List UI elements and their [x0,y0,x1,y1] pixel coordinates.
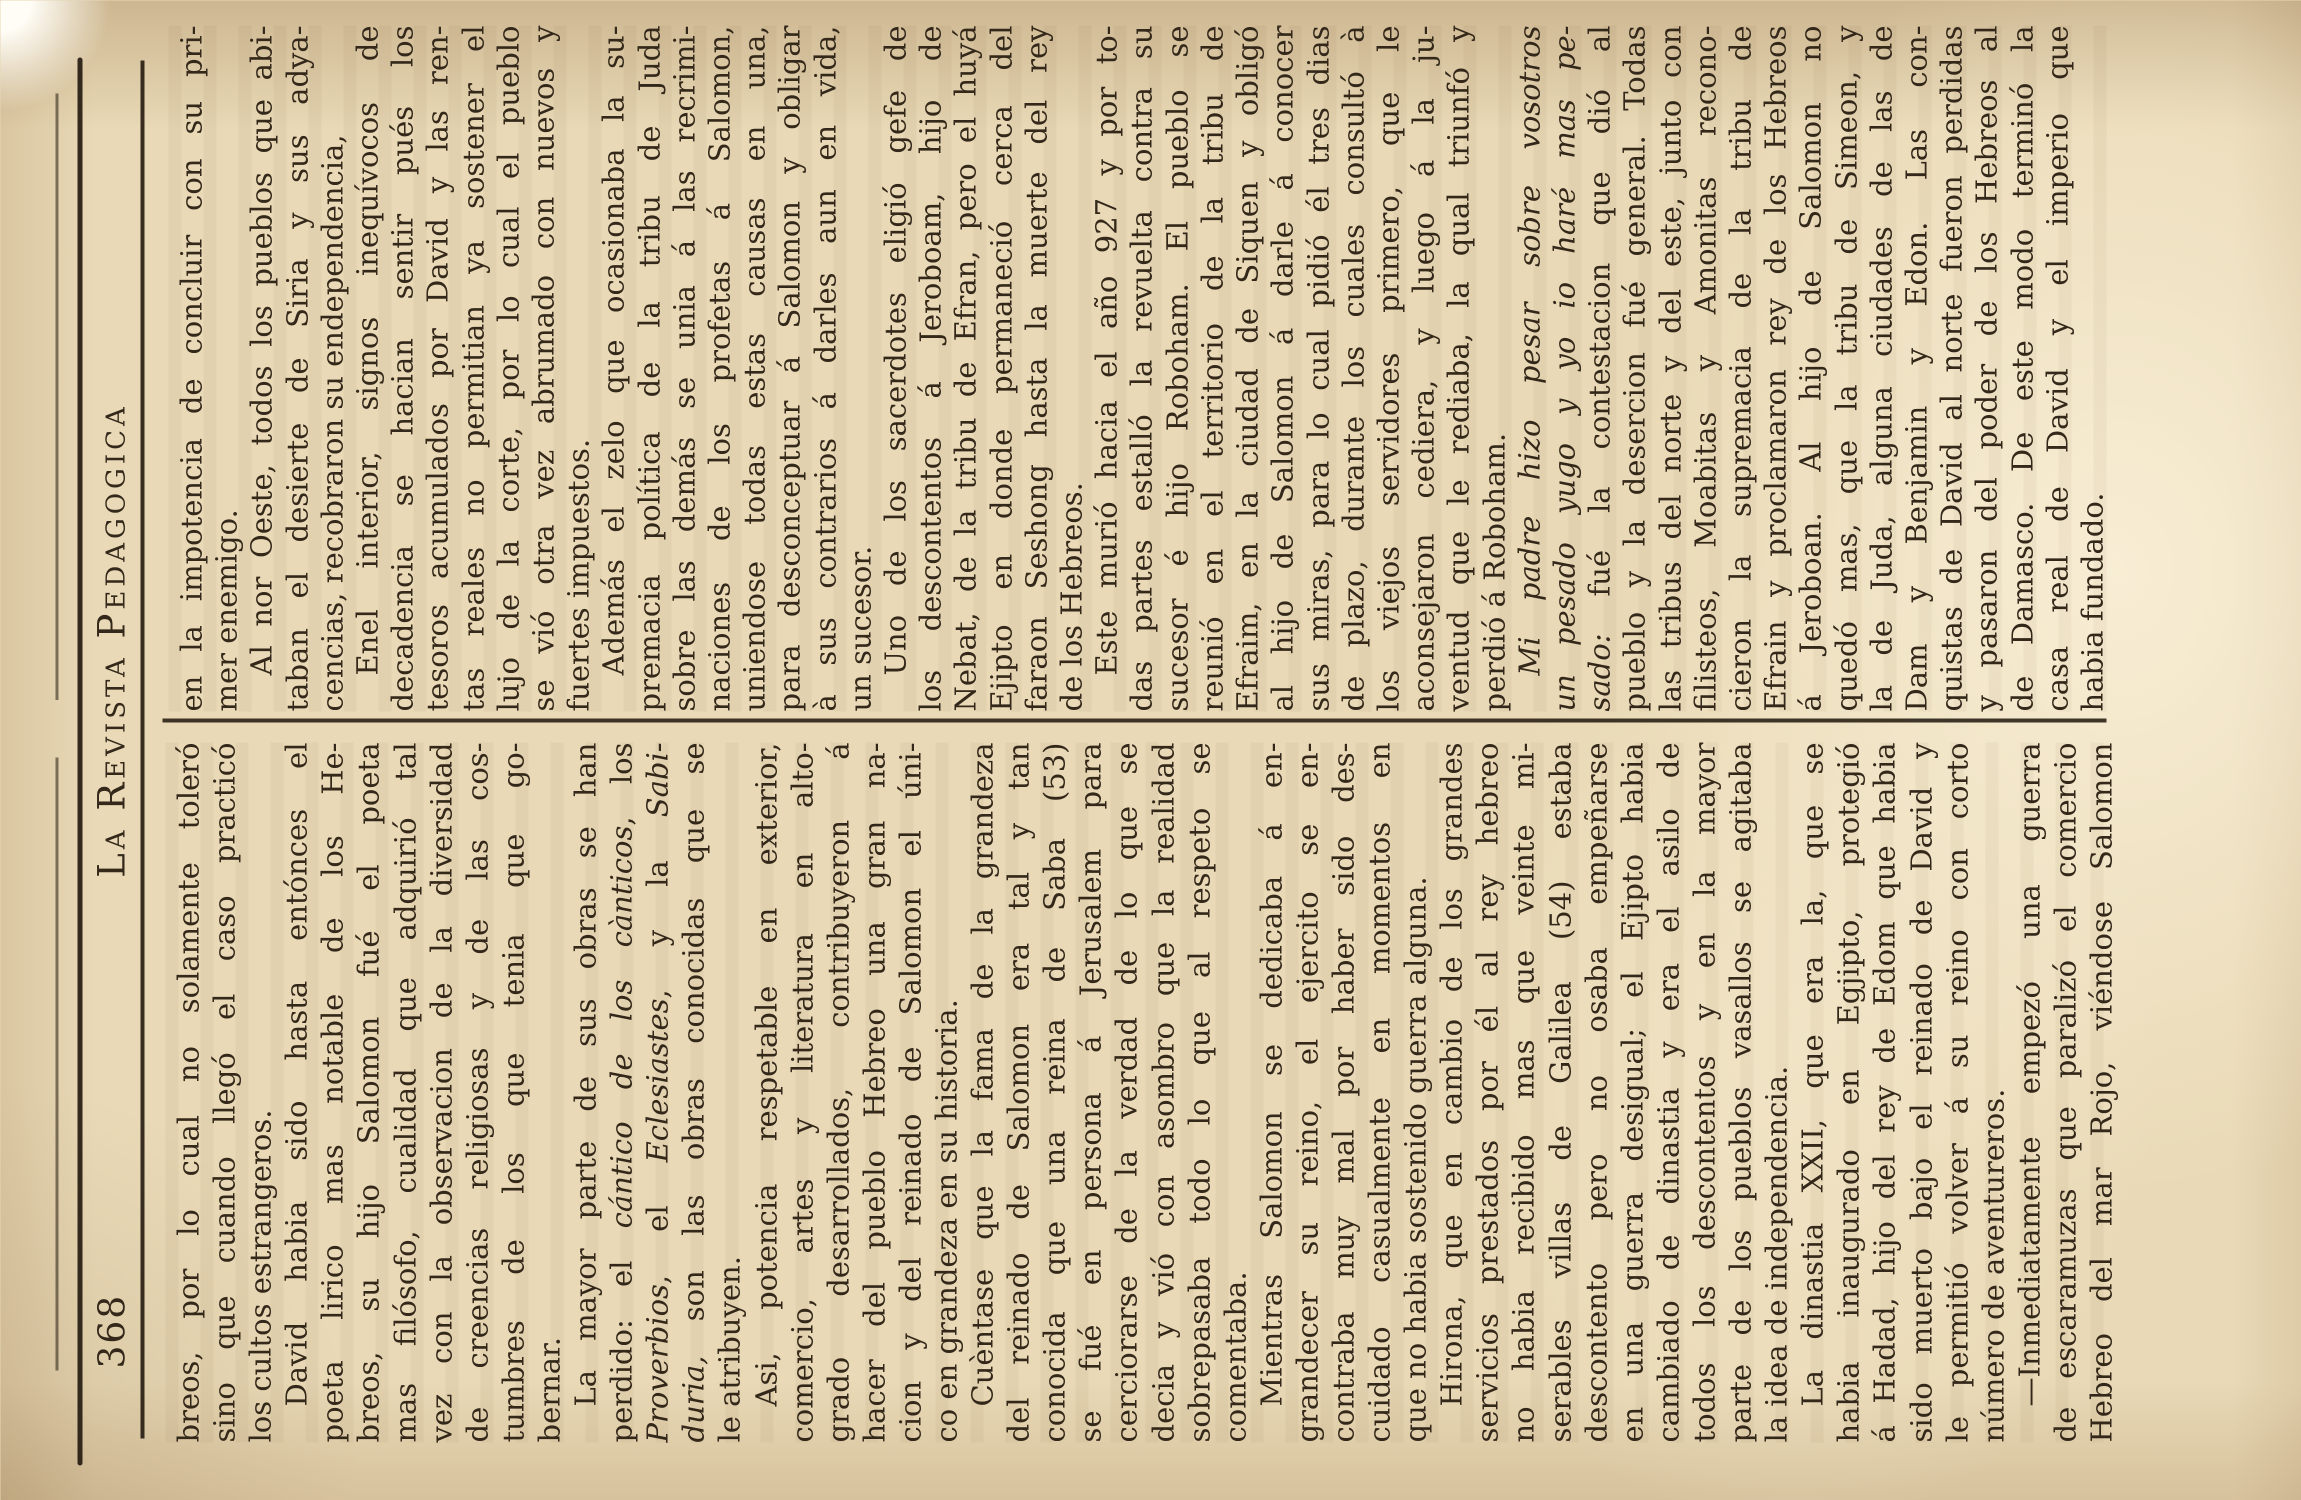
scanned-journal-page: 368 La Revista Pedagogica breos, por lo … [0,0,2301,1500]
text-line: Enel interior, signos inequívocos de [350,25,385,711]
text-line: de Damasco. De este modo terminó la [2005,25,2040,711]
text-line: duria, son las obras conocidas que se [675,742,711,1442]
text-line: un pesado yugo y yo io haré mas pe- [1547,25,1582,711]
text-line: mas filósofo, cualidad que adquirió tal [387,742,423,1442]
text-line: tesoros acumulados por David y las ren- [420,25,455,711]
text-line: Asi, potencia respetable en exterior, [748,742,784,1442]
page-number: 368 [92,1293,133,1368]
text-line: de plazo, durante los cuales consultó à [1336,25,1371,711]
page-top-rule [77,57,82,1465]
text-line: filisteos, Moabitas y Amonitas recono- [1688,25,1723,711]
page-edge-line [55,93,58,1370]
text-line: conocida que una reina de Saba (53) [1036,742,1072,1442]
text-line: decia y vió con asombro que la realidad [1145,742,1181,1442]
text-line: grado desarrollados, contribuyeron á [820,742,856,1442]
text-line: taban el desierte de Siria y sus adya- [280,25,315,711]
text-line: sus miras, para lo cual pidió él tres di… [1301,25,1336,711]
text-line: las tribus del norte y del este, junto c… [1653,25,1688,711]
text-line: comercio, artes y literatura en alto- [784,742,820,1442]
text-line: —Inmediatamente empezó una guerra [2011,742,2047,1442]
text-line: uniendose todas estas causas en una, [737,25,772,711]
text-line: pueblo y la desercion fué general. Todas [1617,25,1652,711]
text-column-left: breos, por lo cual no solamente tolerósi… [170,742,2119,1442]
text-line: Uno de los sacerdotes eligió gefe de [878,25,913,711]
text-line: sobre las demás se unia á las recrimi- [667,25,702,711]
text-line: los cultos estrangeros. [242,742,278,1442]
text-line: se vió otra vez abrumado con nuevos y [526,25,561,711]
text-line: en la impotencia de concluir con su pri- [174,25,209,711]
text-line: que no habia sostenido guerra alguna. [1397,742,1433,1442]
text-line: número de aventureros. [1975,742,2011,1442]
text-line: cion y del reinado de Salomon el úni- [892,742,928,1442]
text-line: perdió á Roboham. [1477,25,1512,711]
text-line: reunió en el territorio de la tribu de [1195,25,1230,711]
text-line: la de Juda, alguna ciudades de las de [1864,25,1899,711]
text-line: cuidado casualmente en momentos en [1361,742,1397,1442]
text-line: sido muerto bajo el reinado de David y [1903,742,1939,1442]
text-line: vez con la observacion de la diversidad [423,742,459,1442]
text-line: en una guerra desigual; el Ejipto habia [1614,742,1650,1442]
rotated-page-content: 368 La Revista Pedagogica breos, por lo … [0,0,2301,1500]
text-line: cencias, recobraron su endependencia, [315,25,350,711]
text-line: tas reales no permitian ya sostener el [456,25,491,711]
text-line: aconsejaron cediera, y luego á la ju- [1406,25,1441,711]
text-line: poeta lirico mas notable de los He- [314,742,350,1442]
text-line: Mi padre hizo pesar sobre vosotros [1512,25,1547,711]
text-line: serables villas de Galilea (54) estaba [1542,742,1578,1442]
text-line: cieron la supremacia de la tribu de [1723,25,1758,711]
text-line: mer enemigo. [209,25,244,711]
text-line: David habia sido hasta entónces el [278,742,314,1442]
journal-title: La Revista Pedagogica [90,320,133,960]
text-line: Hirona, que en cambio de los grandes [1433,742,1469,1442]
text-line: sino que cuando llegó el caso practicó [206,742,242,1442]
text-line: á Hadad, hijo del rey de Edom que habia [1866,742,1902,1442]
text-line: contraba muy mal por haber sido des- [1325,742,1361,1442]
text-line: descontento pero no osaba empeñarse [1578,742,1614,1442]
text-line: habia inaugurado en Egjipto, protegió [1830,742,1866,1442]
text-line: casa real de David y el imperio que [2040,25,2075,711]
text-line: co en grandeza en su historia. [928,742,964,1442]
text-line: Ejipto en donde permaneció cerca del [984,25,1019,711]
text-line: Efraim, en la ciudad de Siquen y obligó [1230,25,1265,711]
text-line: á Jeroboan. Al hijo de Salomon no [1793,25,1828,711]
text-line: todos los descontentos y en la mayor [1686,742,1722,1442]
text-line: del reinado de Salomon era tal y tan [1000,742,1036,1442]
header-rule [140,60,144,1438]
text-line: Efrain y proclamaron rey de los Hebreos [1758,25,1793,711]
text-line: de los Hebreos. [1054,25,1089,711]
text-line: los viejos servidores primero, que le [1371,25,1406,711]
text-line: grandecer su reino, el ejercito se en- [1289,742,1325,1442]
text-line: La dinastia XXII, que era la, que se [1794,742,1830,1442]
text-line: premacia política de la tribu de Juda [632,25,667,711]
text-line: La mayor parte de sus obras se han [567,742,603,1442]
text-line: sobrepasaba todo lo que al respeto se [1181,742,1217,1442]
text-line: Dam y Benjamin y Edon. Las con- [1899,25,1934,711]
text-line: Este murió hacia el año 927 y por to- [1089,25,1124,711]
text-line: fuertes impuestos. [561,25,596,711]
text-line: cerciorarse de la verdad de lo que se [1108,742,1144,1442]
text-line: Nebat, de la tribu de Efran, pero el huy… [948,25,983,711]
text-line: quistas de David al norte fueron perdida… [1934,25,1969,711]
text-line: ventud que le rediaba, la qual triunfó y [1441,25,1476,711]
text-line: Además el zelo que ocasionaba la su- [596,25,631,711]
text-line: de creencias religiosas y de las cos- [459,742,495,1442]
text-line: se fué en persona á Jerusalem para [1072,742,1108,1442]
text-line: para desconceptuar á Salomon y obligar [772,25,807,711]
text-line: das partes estalló la revuelta contra su [1124,25,1159,711]
text-line: hacer del pueblo Hebreo una gran na- [856,742,892,1442]
column-divider [162,718,2106,722]
text-line: à sus contrarios á darles aun en vida, [808,25,843,711]
text-line: perdido: el cántico de los cànticos, los [603,742,639,1442]
text-line: Al nor Oeste, todos los pueblos que abi- [244,25,279,711]
text-line: cambiado de dinastia y era el asilo de [1650,742,1686,1442]
text-line: breos, su hijo Salomon fué el poeta [350,742,386,1442]
text-line: breos, por lo cual no solamente toleró [170,742,206,1442]
text-line: los descontentos á Jeroboam, hijo de [913,25,948,711]
text-line: le atribuyen. [711,742,747,1442]
text-line: Proverbios, el Eclesiastes, y la Sabi- [639,742,675,1442]
text-line: y pasaron del poder de los Hebreos al [1969,25,2004,711]
text-line: comentaba. [1217,742,1253,1442]
text-line: no habia recibido mas que veinte mi- [1505,742,1541,1442]
text-line: parte de los pueblos vasallos se agitaba [1722,742,1758,1442]
text-line: Hebreo del mar Rojo, viéndose Salomon [2083,742,2119,1442]
text-line: un sucesor. [843,25,878,711]
text-line: sucesor é hijo Roboham. El pueblo se [1160,25,1195,711]
text-line: faraon Seshong hasta la muerte del rey [1019,25,1054,711]
text-line: Mientras Salomon se dedicaba á en- [1253,742,1289,1442]
text-line: habia fundado. [2075,25,2110,711]
text-column-right: en la impotencia de concluir con su pri-… [174,25,2110,711]
text-line: sado: fué la contestacion que dió al [1582,25,1617,711]
text-line: quedó mas, que la tribu de Simeon, y [1829,25,1864,711]
text-line: lujo de la corte, por lo cual el pueblo [491,25,526,711]
text-line: la idea de independencia. [1758,742,1794,1442]
text-line: servicios prestados por él al rey hebreo [1469,742,1505,1442]
text-line: naciones de los profetas á Salomon, [702,25,737,711]
text-line: tumbres de los que tenia que go- [495,742,531,1442]
text-line: bernar. [531,742,567,1442]
text-line: Cuèntase que la fama de la grandeza [964,742,1000,1442]
text-line: al hijo de Salomon á darle á conocer [1265,25,1300,711]
text-line: le permitió volver á su reino con corto [1939,742,1975,1442]
text-line: decadencia se hacian sentir pués los [385,25,420,711]
text-line: de escaramuzas que paralizó el comercio [2047,742,2083,1442]
